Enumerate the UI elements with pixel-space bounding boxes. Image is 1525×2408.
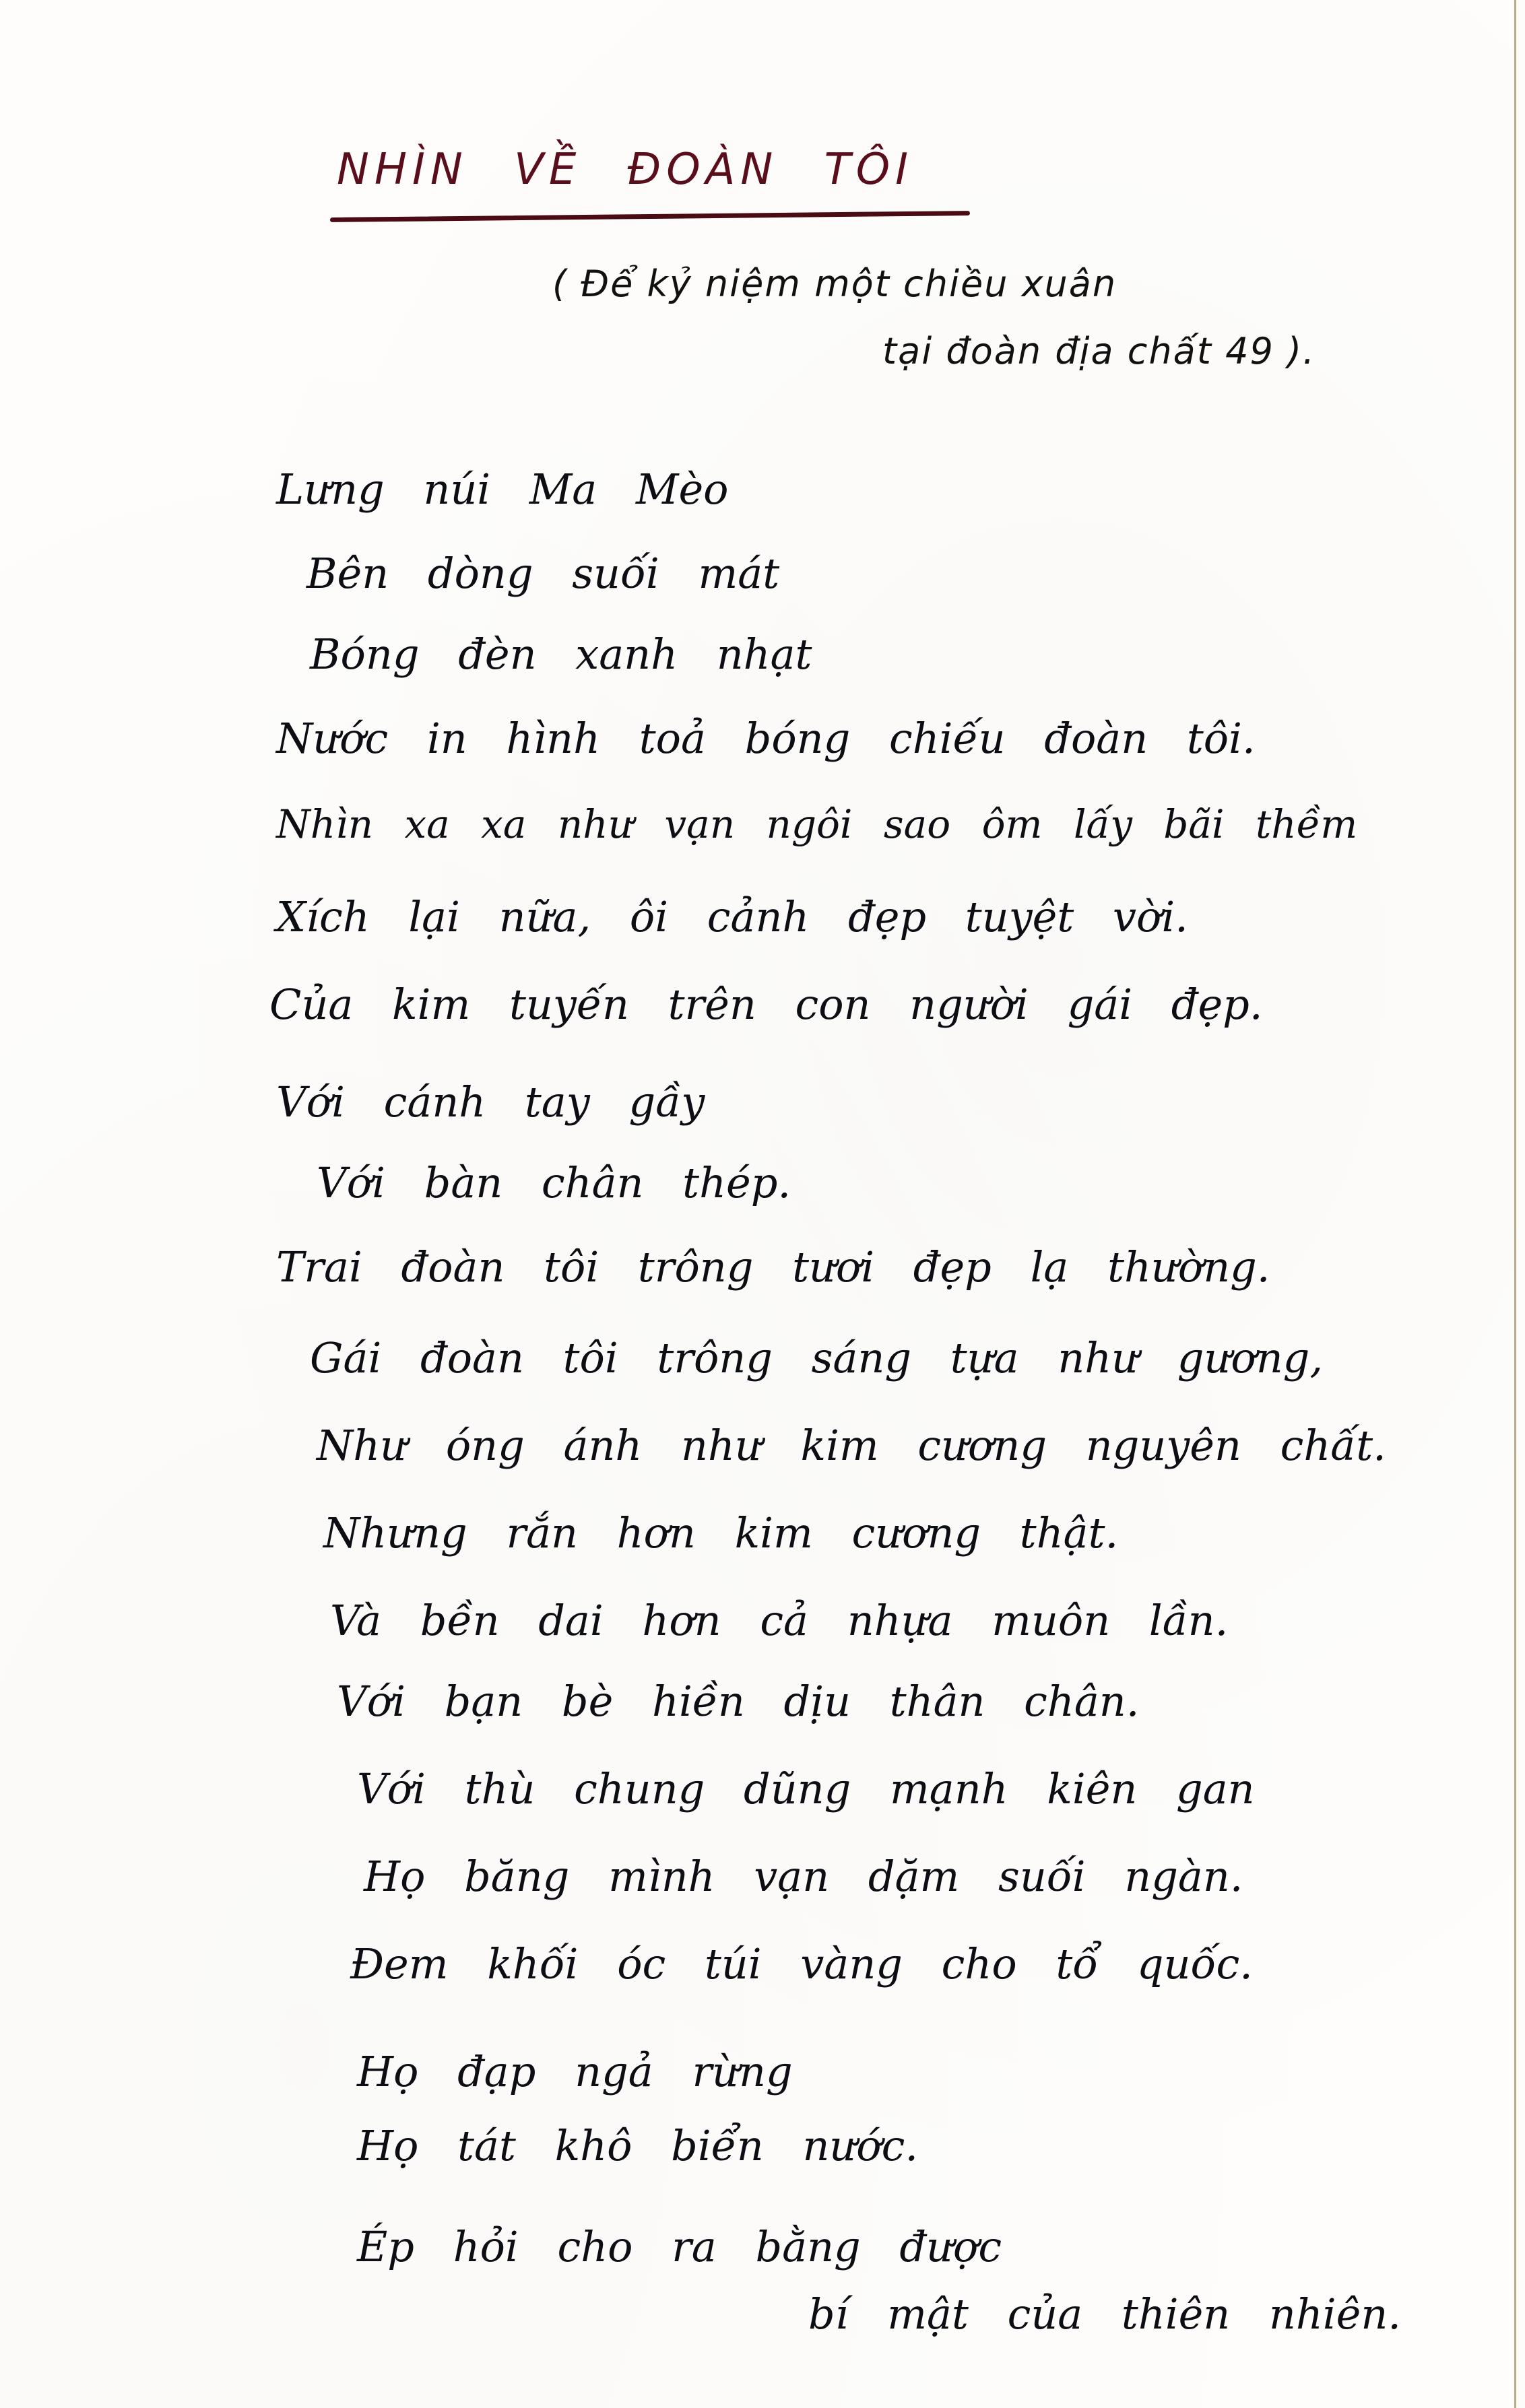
- poem-line: Và bền dai hơn cả nhựa muôn lần.: [330, 1596, 1228, 1645]
- poem-line: Xích lại nữa, ôi cảnh đẹp tuyệt vời.: [276, 892, 1188, 941]
- poem-line: Nước in hình toả bóng chiếu đoàn tôi.: [276, 714, 1256, 763]
- notebook-page: NHÌN VỀ ĐOÀN TÔI ( Để kỷ niệm một chiều …: [0, 0, 1516, 2408]
- poem-line: Họ đạp ngả rừng: [357, 2047, 793, 2096]
- poem-line: Nhưng rắn hơn kim cương thật.: [323, 1508, 1118, 1558]
- poem-line: Với thù chung dũng mạnh kiên gan: [357, 1764, 1255, 1813]
- poem-line: Họ băng mình vạn dặm suối ngàn.: [364, 1852, 1243, 1901]
- title-underline: [330, 211, 970, 222]
- poem-line: Trai đoàn tôi trông tươi đẹp lạ thường.: [276, 1242, 1270, 1292]
- poem-line: Bên dòng suối mát: [306, 549, 779, 598]
- poem-line: Với bạn bè hiền dịu thân chân.: [337, 1677, 1139, 1726]
- poem-line: Nhìn xa xa như vạn ngôi sao ôm lấy bãi t…: [276, 801, 1357, 847]
- poem-line: Đem khối óc túi vàng cho tổ quốc.: [350, 1939, 1253, 1988]
- dedication-line-2: tại đoàn địa chất 49 ).: [882, 330, 1316, 372]
- poem-line: Với bàn chân thép.: [317, 1158, 791, 1207]
- poem-line: Lưng núi Ma Mèo: [276, 465, 729, 514]
- poem-line: Gái đoàn tôi trông sáng tựa như gương,: [310, 1333, 1323, 1382]
- poem-line: Bóng đèn xanh nhạt: [310, 630, 812, 679]
- poem-line: Với cánh tay gầy: [276, 1077, 705, 1127]
- poem-title: NHÌN VỀ ĐOÀN TÔI: [337, 145, 913, 195]
- dedication-line-1: ( Để kỷ niệm một chiều xuân: [552, 263, 1117, 305]
- poem-line: Của kim tuyến trên con người gái đẹp.: [269, 980, 1263, 1029]
- poem-line: Ép hỏi cho ra bằng được: [357, 2222, 1002, 2271]
- poem-line: Họ tát khô biển nước.: [357, 2121, 918, 2170]
- poem-line: Như óng ánh như kim cương nguyên chất.: [317, 1421, 1386, 1470]
- poem-line: bí mật của thiên nhiên.: [808, 2289, 1401, 2339]
